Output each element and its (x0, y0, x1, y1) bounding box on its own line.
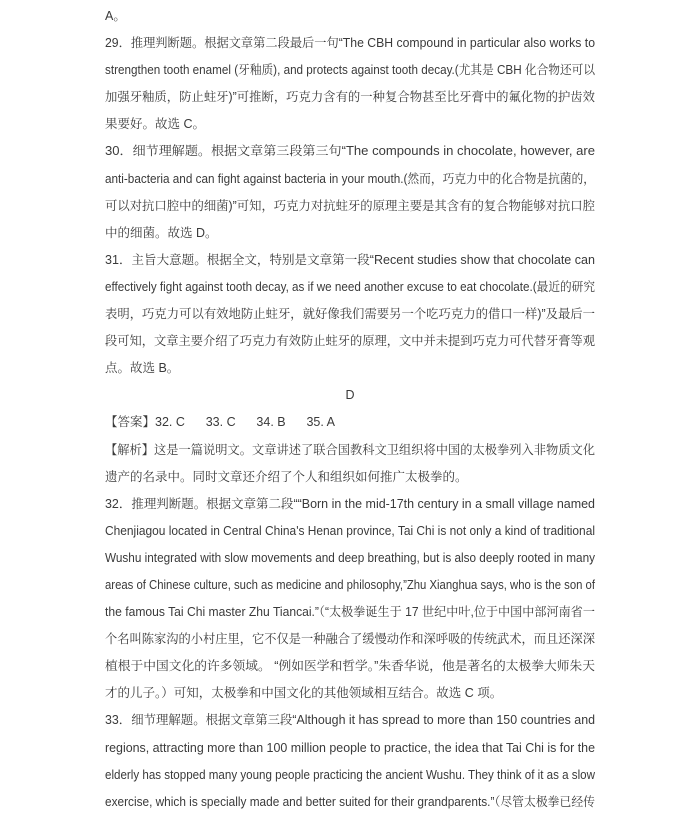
analysis-summary: 【解析】这是一篇说明文。文章讲述了联合国教科文卫组织将中国的太极拳列入非物质文化… (105, 437, 595, 491)
text-column: A。 29．推理判断题。根据文章第二段最后一句“The CBH compound… (105, 0, 595, 815)
answer-key: 【答案】32. C 33. C 34. B 35. A (105, 409, 335, 436)
document-page: A。 29．推理判断题。根据文章第二段最后一句“The CBH compound… (0, 0, 692, 815)
text-line: 果要好。故选 C。 (105, 111, 205, 138)
text-line: 加强牙釉质，防止蛀牙)”可推断，巧克力含有的一种复合物甚至比牙膏中的氟化物的护齿… (105, 84, 595, 111)
text-line: 才的儿子。）可知，太极拳和中国文化的其他领域相互结合。故选 C 项。 (105, 680, 502, 707)
answer-key-line: 【答案】32. C 33. C 34. B 35. A (105, 409, 595, 436)
text-line: 表明，巧克力可以有效地防止蛀牙，就好像我们需要另一个吃巧克力的借口一样)”及最后… (105, 301, 595, 328)
passage-d-label: D (105, 382, 595, 409)
text-line: Wushu integrated with slow movements and… (105, 545, 595, 572)
text-line: anti-bacteria and can fight against bact… (105, 166, 595, 193)
section-letter: D (105, 382, 595, 409)
text-line: the famous Tai Chi master Zhu Tiancai.”（… (105, 599, 595, 626)
text-line: elderly has stopped many young people pr… (105, 762, 595, 789)
text-line: strengthen tooth enamel (牙釉质), and prote… (105, 57, 595, 84)
text-line: 可以对抗口腔中的细菌)”可知，巧克力对抗蛀牙的原理主要是其含有的复合物能够对抗口… (105, 193, 595, 220)
text-line: 遗产的名录中。同时文章还介绍了个人和组织如何推广太极拳的。 (105, 464, 468, 491)
item-32-explanation: 32．推理判断题。根据文章第二段““Born in the mid-17th c… (105, 491, 595, 708)
text-line: 32．推理判断题。根据文章第二段““Born in the mid-17th c… (105, 491, 595, 518)
text-line: A。 (105, 3, 126, 30)
text-line: 【解析】这是一篇说明文。文章讲述了联合国教科文卫组织将中国的太极拳列入非物质文化 (105, 437, 595, 464)
text-line: 33．细节理解题。根据文章第三段“Although it has spread … (105, 707, 595, 734)
text-line: Chenjiagou located in Central China's He… (105, 518, 595, 545)
text-line: 30．细节理解题。根据文章第三段第三句“The compounds in cho… (105, 138, 595, 165)
item-33-explanation: 33．细节理解题。根据文章第三段“Although it has spread … (105, 707, 595, 815)
previous-answer-tail: A。 (105, 3, 595, 30)
text-line: 中的细菌。故选 D。 (105, 220, 218, 247)
text-line: 植根于中国文化的许多领域。 “例如医学和哲学。”朱香华说，他是著名的太极拳大师朱… (105, 653, 595, 680)
text-line: 段可知，文章主要介绍了巧克力有效防止蛀牙的原理，文中并未提到巧克力可代替牙膏等观 (105, 328, 595, 355)
text-line: regions, attracting more than 100 millio… (105, 735, 595, 762)
item-29-explanation: 29．推理判断题。根据文章第二段最后一句“The CBH compound in… (105, 30, 595, 138)
text-line: 个名叫陈家沟的小村庄里，它不仅是一种融合了缓慢动作和深呼吸的传统武术，而且还深深 (105, 626, 595, 653)
text-line: effectively fight against tooth decay, a… (105, 274, 595, 301)
item-31-explanation: 31．主旨大意题。根据全文，特别是文章第一段“Recent studies sh… (105, 247, 595, 382)
text-line: 点。故选 B。 (105, 355, 179, 382)
text-line: 29．推理判断题。根据文章第二段最后一句“The CBH compound in… (105, 30, 595, 57)
text-line: areas of Chinese culture, such as medici… (105, 572, 595, 599)
text-line: 31．主旨大意题。根据全文，特别是文章第一段“Recent studies sh… (105, 247, 595, 274)
text-line: exercise, which is specially made and be… (105, 789, 595, 815)
item-30-explanation: 30．细节理解题。根据文章第三段第三句“The compounds in cho… (105, 138, 595, 246)
